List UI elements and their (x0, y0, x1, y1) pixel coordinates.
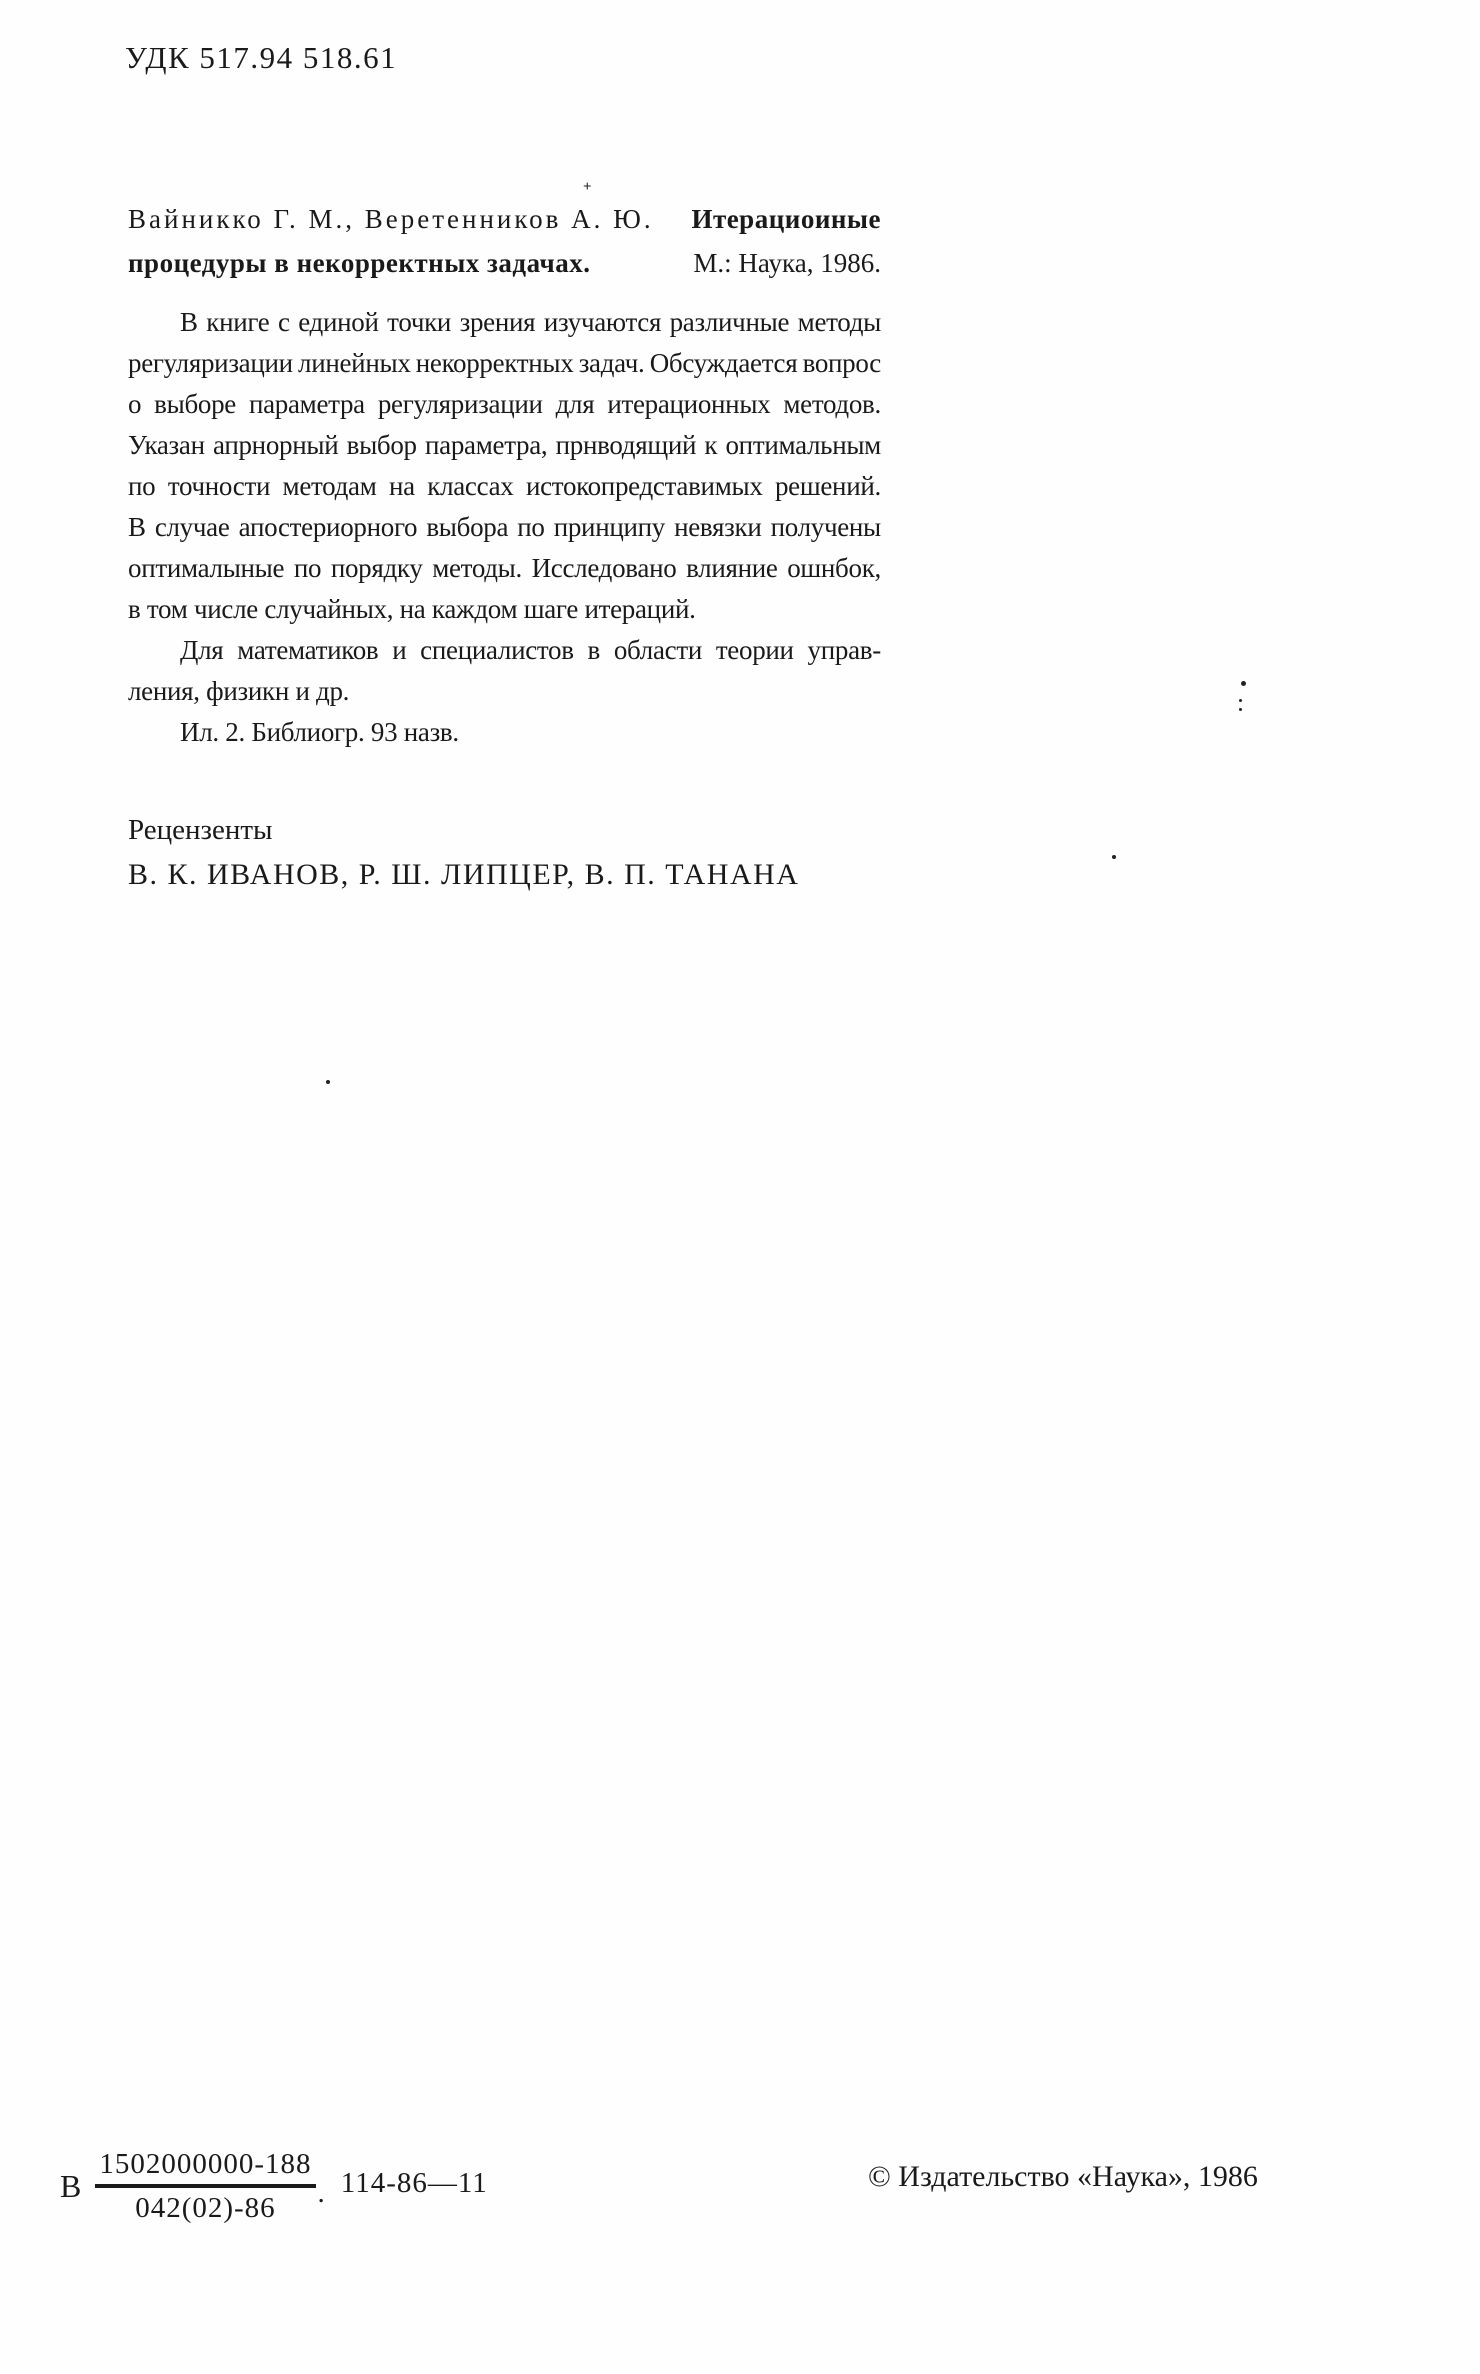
citation-title-part-2: процедуры в некорректных задачах. (128, 248, 590, 279)
citation-line-2: процедуры в некорректных задачах. М.: На… (128, 248, 881, 292)
citation-line-1: Вайникко Г. М., Веретенников А. Ю. Итера… (128, 204, 881, 248)
audience-line: ления, физикн и др. (128, 671, 881, 712)
bibliographic-citation: Вайникко Г. М., Веретенников А. Ю. Итера… (128, 204, 881, 292)
annotation-block: Вкнигесединойточкизренияизучаютсяразличн… (128, 302, 881, 753)
catalog-numerator: 1502000000-188 (95, 2148, 315, 2188)
audience-line: Дляматематиковиспециалистоввобластитеори… (128, 630, 881, 671)
catalog-number-block: В 1502000000-188 042(02)-86 . 114-86—11 (60, 2148, 488, 2225)
reviewers-heading: Рецензенты (128, 814, 273, 847)
catalog-fraction: 1502000000-188 042(02)-86 (95, 2148, 315, 2225)
scan-speck (1239, 708, 1242, 711)
citation-authors: Вайникко Г. М., Веретенников А. Ю. (128, 204, 654, 235)
book-imprint-page: УДК 517.94 518.61 Вайникко Г. М., Верете… (0, 0, 1480, 2374)
scan-speck (1239, 699, 1242, 702)
scan-speck (1241, 681, 1246, 686)
udk-classification: УДК 517.94 518.61 (125, 40, 397, 76)
catalog-denominator: 042(02)-86 (95, 2188, 315, 2225)
abstract-line: регуляризациилинейныхнекорректныхзадач.О… (128, 343, 881, 384)
catalog-separator-dot: . (318, 2177, 325, 2210)
abstract-line: Вкнигесединойточкизренияизучаютсяразличн… (128, 302, 881, 343)
abstract-line: Вслучаеапостериорноговыборапопринципунев… (128, 507, 881, 548)
abstract-line: оптималыныепопорядкуметоды.Исследовановл… (128, 548, 881, 589)
abstract-line: в том числе случайных, на каждом шаге ит… (128, 589, 881, 630)
reviewers-names: В. К. ИВАНОВ, Р. Ш. ЛИПЦЕР, В. П. ТАНАНА (128, 858, 799, 892)
citation-title-part-1: Итерациоиные (691, 204, 881, 235)
catalog-series-letter: В (60, 2168, 81, 2205)
scan-speck (1112, 855, 1116, 859)
abstract-line: овыборепараметрарегуляризациидляитерацио… (128, 384, 881, 425)
scan-speck: + (583, 180, 592, 195)
citation-imprint: М.: Наука, 1986. (693, 248, 881, 279)
abstract-line: Указанапрнорныйвыборпараметра,прнводящий… (128, 425, 881, 466)
illustrations-note: Ил. 2. Библиогр. 93 назв. (128, 712, 881, 753)
catalog-order-code: 114-86—11 (341, 2167, 488, 2200)
abstract-line: поточностиметодамнаклассахистокопредстав… (128, 466, 881, 507)
copyright-notice: © Издательство «Наука», 1986 (868, 2160, 1258, 2194)
scan-speck (326, 1080, 330, 1084)
